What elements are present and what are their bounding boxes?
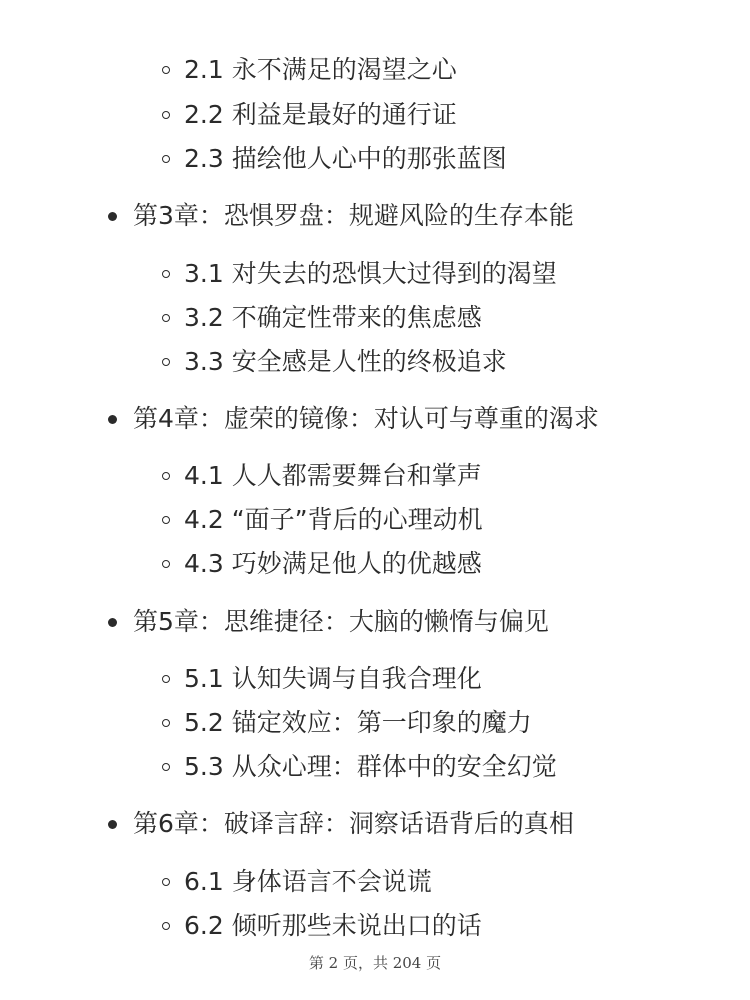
filled-bullet-icon [108,415,117,424]
toc-section-2-2[interactable]: 2.2 利益是最好的通行证 [162,99,457,131]
toc-section-6-2[interactable]: 6.2 倾听那些未说出口的话 [162,910,482,942]
hollow-bullet-icon [162,719,170,727]
filled-bullet-icon [108,212,117,221]
hollow-bullet-icon [162,516,170,524]
hollow-bullet-icon [162,66,170,74]
filled-bullet-icon [108,618,117,627]
toc-section-4-3[interactable]: 4.3 巧妙满足他人的优越感 [162,548,482,580]
toc-section-6-1[interactable]: 6.1 身体语言不会说谎 [162,866,432,898]
toc-section-3-1[interactable]: 3.1 对失去的恐惧大过得到的渴望 [162,258,557,290]
hollow-bullet-icon [162,675,170,683]
toc-section-3-3[interactable]: 3.3 安全感是人性的终极追求 [162,346,507,378]
section-label: 3.2 不确定性带来的焦虑感 [184,302,482,334]
section-label: 6.2 倾听那些未说出口的话 [184,910,482,942]
section-label: 3.1 对失去的恐惧大过得到的渴望 [184,258,557,290]
filled-bullet-icon [108,820,117,829]
toc-section-4-2[interactable]: 4.2 “面子”背后的心理动机 [162,504,483,536]
section-label: 4.3 巧妙满足他人的优越感 [184,548,482,580]
section-label: 4.1 人人都需要舞台和掌声 [184,460,482,492]
toc-chapter-6[interactable]: 第6章：破译言辞：洞察话语背后的真相 [108,808,574,840]
toc-section-5-1[interactable]: 5.1 认知失调与自我合理化 [162,663,482,695]
hollow-bullet-icon [162,111,170,119]
section-label: 2.3 描绘他人心中的那张蓝图 [184,143,507,175]
hollow-bullet-icon [162,155,170,163]
section-label: 5.3 从众心理：群体中的安全幻觉 [184,751,557,783]
section-label: 5.2 锚定效应：第一印象的魔力 [184,707,532,739]
section-label: 2.1 永不满足的渴望之心 [184,54,457,86]
page-number-footer: 第 2 页，共 204 页 [0,952,750,973]
toc-chapter-4[interactable]: 第4章：虚荣的镜像：对认可与尊重的渴求 [108,403,599,435]
section-label: 6.1 身体语言不会说谎 [184,866,432,898]
toc-section-5-3[interactable]: 5.3 从众心理：群体中的安全幻觉 [162,751,557,783]
hollow-bullet-icon [162,314,170,322]
hollow-bullet-icon [162,472,170,480]
toc-section-2-1[interactable]: 2.1 永不满足的渴望之心 [162,54,457,86]
hollow-bullet-icon [162,878,170,886]
chapter-label: 第3章：恐惧罗盘：规避风险的生存本能 [133,200,574,232]
toc-section-5-2[interactable]: 5.2 锚定效应：第一印象的魔力 [162,707,532,739]
chapter-label: 第5章：思维捷径：大脑的懒惰与偏见 [133,606,549,638]
toc-section-3-2[interactable]: 3.2 不确定性带来的焦虑感 [162,302,482,334]
chapter-label: 第6章：破译言辞：洞察话语背后的真相 [133,808,574,840]
toc-chapter-3[interactable]: 第3章：恐惧罗盘：规避风险的生存本能 [108,200,574,232]
hollow-bullet-icon [162,560,170,568]
toc-section-4-1[interactable]: 4.1 人人都需要舞台和掌声 [162,460,482,492]
section-label: 5.1 认知失调与自我合理化 [184,663,482,695]
chapter-label: 第4章：虚荣的镜像：对认可与尊重的渴求 [133,403,599,435]
hollow-bullet-icon [162,270,170,278]
section-label: 2.2 利益是最好的通行证 [184,99,457,131]
hollow-bullet-icon [162,922,170,930]
hollow-bullet-icon [162,763,170,771]
toc-chapter-5[interactable]: 第5章：思维捷径：大脑的懒惰与偏见 [108,606,549,638]
toc-section-2-3[interactable]: 2.3 描绘他人心中的那张蓝图 [162,143,507,175]
section-label: 4.2 “面子”背后的心理动机 [184,504,483,536]
section-label: 3.3 安全感是人性的终极追求 [184,346,507,378]
document-page: 2.1 永不满足的渴望之心 2.2 利益是最好的通行证 2.3 描绘他人心中的那… [0,0,750,1000]
hollow-bullet-icon [162,358,170,366]
